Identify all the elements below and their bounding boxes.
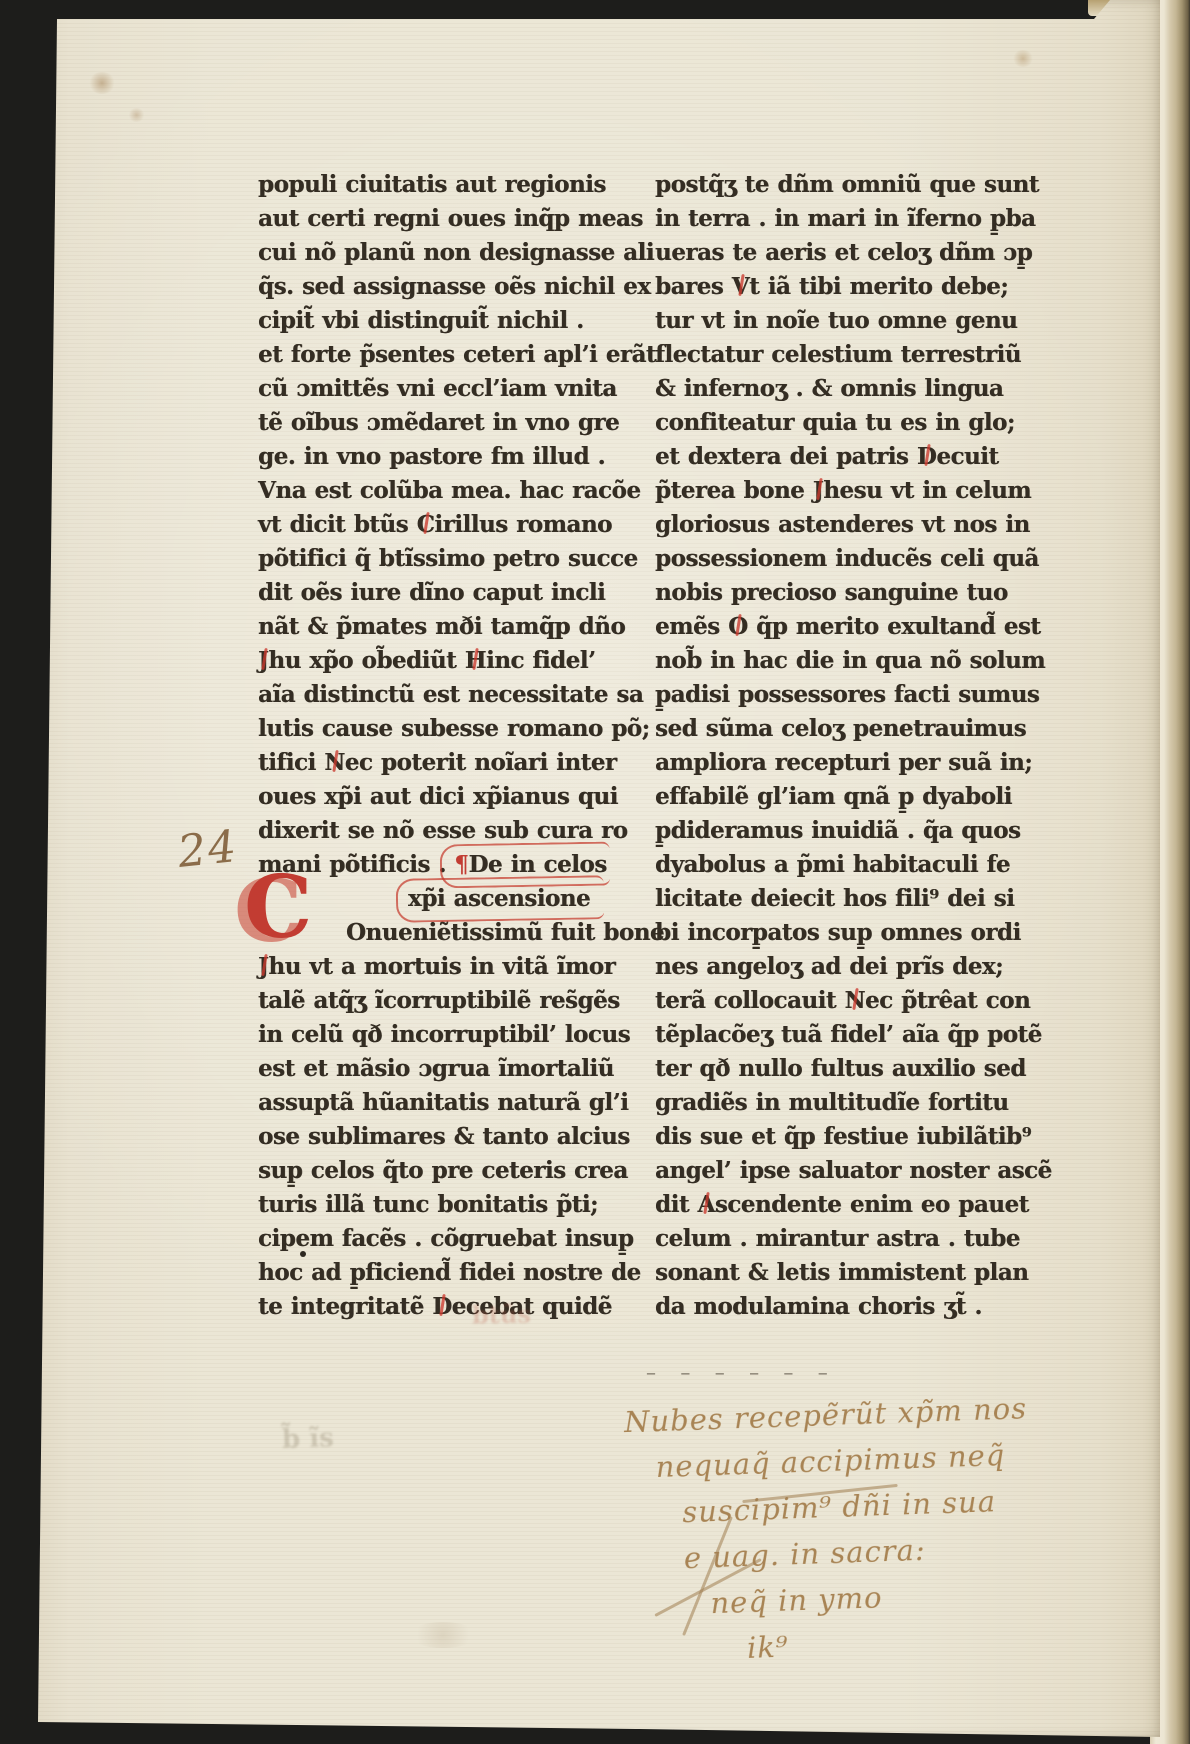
text-line: tifici Nec poterit noĩari inter — [258, 746, 594, 780]
text-line: p̱adisi possessores facti sumus — [655, 678, 1001, 712]
text-line: celum . mirantur astra . tube — [655, 1222, 1001, 1256]
text-line: cipem facẽs . cõgruebat insup̱ — [258, 1222, 594, 1256]
text-line: postq̃ʒ te dñm omniũ que sunt — [655, 168, 1001, 202]
text-line: sed sũma celoʒ penetrauimus — [655, 712, 1001, 746]
rubric-cartouche — [396, 875, 605, 923]
text-line: nes angeloʒ ad dei prĩs dex; — [655, 950, 1001, 984]
text-line: q̃s. sed assignasse oẽs nichil ex — [258, 270, 594, 304]
paper-stain — [1012, 50, 1034, 67]
rubricated-capital: V — [732, 273, 749, 300]
text-line: sonant & letis immistent plan — [655, 1256, 1001, 1290]
text-line: nobis precioso sanguine tuo — [655, 576, 1001, 610]
text-line: bares Vt iã tibi merito debe; — [655, 270, 1001, 304]
text-line: dit Ascendente enim eo pauet — [655, 1188, 1001, 1222]
text-line: ueras te aeris et celoʒ dñm ɔp̱ — [655, 236, 1001, 270]
paper-stain — [128, 108, 145, 122]
text-line: et dextera dei patris Decuit — [655, 440, 1001, 474]
text-line: te integritatẽ Decebat quidẽ — [258, 1290, 594, 1324]
text-line: da modulamina choris ʒt̃ . — [655, 1290, 1001, 1324]
text-line: dyabolus a p̃mi habitaculi fe — [655, 848, 1001, 882]
text-line: possessionem inducẽs celi quã — [655, 542, 1001, 576]
text-line: vt dicit btũs Cirillus romano — [258, 508, 594, 542]
text-line: cui nõ planũ non designasse ali — [258, 236, 594, 270]
text-line: et forte p̃sentes ceteri apl’i erãt — [258, 338, 594, 372]
text-line: tẽ oĩbus ɔmẽdaret in vno gre — [258, 406, 594, 440]
text-line: assuptã hũanitatis naturã gl’i — [258, 1086, 594, 1120]
text-line: aĩa distinctũ est necessitate sa — [258, 678, 594, 712]
text-line: terã collocauit Nec p̃trêat con — [655, 984, 1001, 1018]
text-line: tẽplacõeʒ tuã fidel’ aĩa q̃p potẽ — [655, 1018, 1001, 1052]
text-line: confiteatur quia tu es in glo; — [655, 406, 1001, 440]
handwritten-folio-number: 24 — [175, 821, 240, 878]
text-line: põtifici q̃ btĩssimo petro succe — [258, 542, 594, 576]
show-through-text: btũs — [472, 1299, 531, 1329]
text-line: nob̃ in hac die in qua nõ solum — [655, 644, 1001, 678]
paper-stain — [408, 1622, 478, 1648]
text-line: tur vt in noĩe tuo omne genu — [655, 304, 1001, 338]
text-line: emẽs O q̃p merito exultand̃ est — [655, 610, 1001, 644]
text-line: effabilẽ gl’iam qnã p̱ dyaboli — [655, 780, 1001, 814]
text-line: cũ ɔmittẽs vni eccl’iam vnita — [258, 372, 594, 406]
text-line: talẽ atq̃ʒ ĩcorruptibilẽ res̃gẽs — [258, 984, 594, 1018]
text-line: ter qð nullo fultus auxilio sed — [655, 1052, 1001, 1086]
text-line: turis illã tunc bonitatis p̃ti; — [258, 1188, 594, 1222]
rubricated-capital: H — [465, 647, 486, 674]
rubricated-capital: O — [728, 613, 748, 640]
text-line: cipit̃ vbi distinguit̃ nichil . — [258, 304, 594, 338]
book-page: populi ciuitatis aut regionisaut certi r… — [0, 0, 1164, 1744]
text-line: in terra . in mari in ĩferno p̱ba — [655, 202, 1001, 236]
rubricated-capital: J — [813, 477, 823, 504]
show-through-text: b̃ ĩs — [281, 1423, 334, 1455]
show-through-dashes: – – – – – – — [646, 1360, 837, 1384]
text-line: dis sue et q̃p festiue iubilãtib⁹ — [655, 1120, 1001, 1154]
text-line: lutis cause subesse romano põ; — [258, 712, 594, 746]
text-line: dit oẽs iure dĩno caput incli — [258, 576, 594, 610]
text-line: in celũ qð incorruptibil’ locus — [258, 1018, 594, 1052]
text-line: flectatur celestium terrestriũ — [655, 338, 1001, 372]
paper-stain — [88, 72, 116, 94]
text-line: & infernoʒ . & omnis lingua — [655, 372, 1001, 406]
text-line: angel’ ipse saluator noster ascẽ — [655, 1154, 1001, 1188]
text-line: p̱dideramus inuidiã . q̃a quos — [655, 814, 1001, 848]
text-line: est et mãsio ɔgrua ĩmortaliũ — [258, 1052, 594, 1086]
text-line: populi ciuitatis aut regionis — [258, 168, 594, 202]
text-column-left: populi ciuitatis aut regionisaut certi r… — [258, 168, 594, 1324]
text-line: licitate deiecit hos fili⁹ dei si — [655, 882, 1001, 916]
rubricated-capital: J — [258, 647, 268, 674]
text-line: ampliora recepturi per suã in; — [655, 746, 1001, 780]
scanned-book-photo: populi ciuitatis aut regionisaut certi r… — [0, 0, 1190, 1744]
rubricated-capital: D — [432, 1293, 451, 1320]
text-column-right: postq̃ʒ te dñm omniũ que suntin terra . … — [655, 168, 1001, 1324]
text-line: ge. in vno pastore fm illud . — [258, 440, 594, 474]
text-line: oues xp̃i aut dici xp̃ianus qui — [258, 780, 594, 814]
rubricated-capital: N — [324, 749, 345, 776]
text-line: sup̱ celos q̃to pre ceteris crea — [258, 1154, 594, 1188]
text-line: Jhu xp̃o ob̃ediũt Hinc fidel’ — [258, 644, 594, 678]
rubricated-capital: C — [417, 511, 435, 538]
text-line: gradiẽs in multitudĩe fortitu — [655, 1086, 1001, 1120]
rubricated-capital: N — [844, 987, 865, 1014]
text-line: gloriosus astenderes vt nos in — [655, 508, 1001, 542]
rubricated-capital: A — [697, 1191, 714, 1218]
text-line: ose sublimares & tanto alcius — [258, 1120, 594, 1154]
text-line: bi incorp̱atos sup̱ omnes ordi — [655, 916, 1001, 950]
text-line: hoc ad p̱ficiend̃ fidei nostre de — [258, 1256, 594, 1290]
text-line: aut certi regni oues inq̃p meas — [258, 202, 594, 236]
text-line: nãt & p̃mates mði tamq̃p dño — [258, 610, 594, 644]
text-line: Vna est colũba mea. hac racõe — [258, 474, 594, 508]
rubricated-initial: C — [244, 872, 312, 944]
text-line: p̃terea bone Jhesu vt in celum — [655, 474, 1001, 508]
rubricated-capital: D — [917, 443, 936, 470]
